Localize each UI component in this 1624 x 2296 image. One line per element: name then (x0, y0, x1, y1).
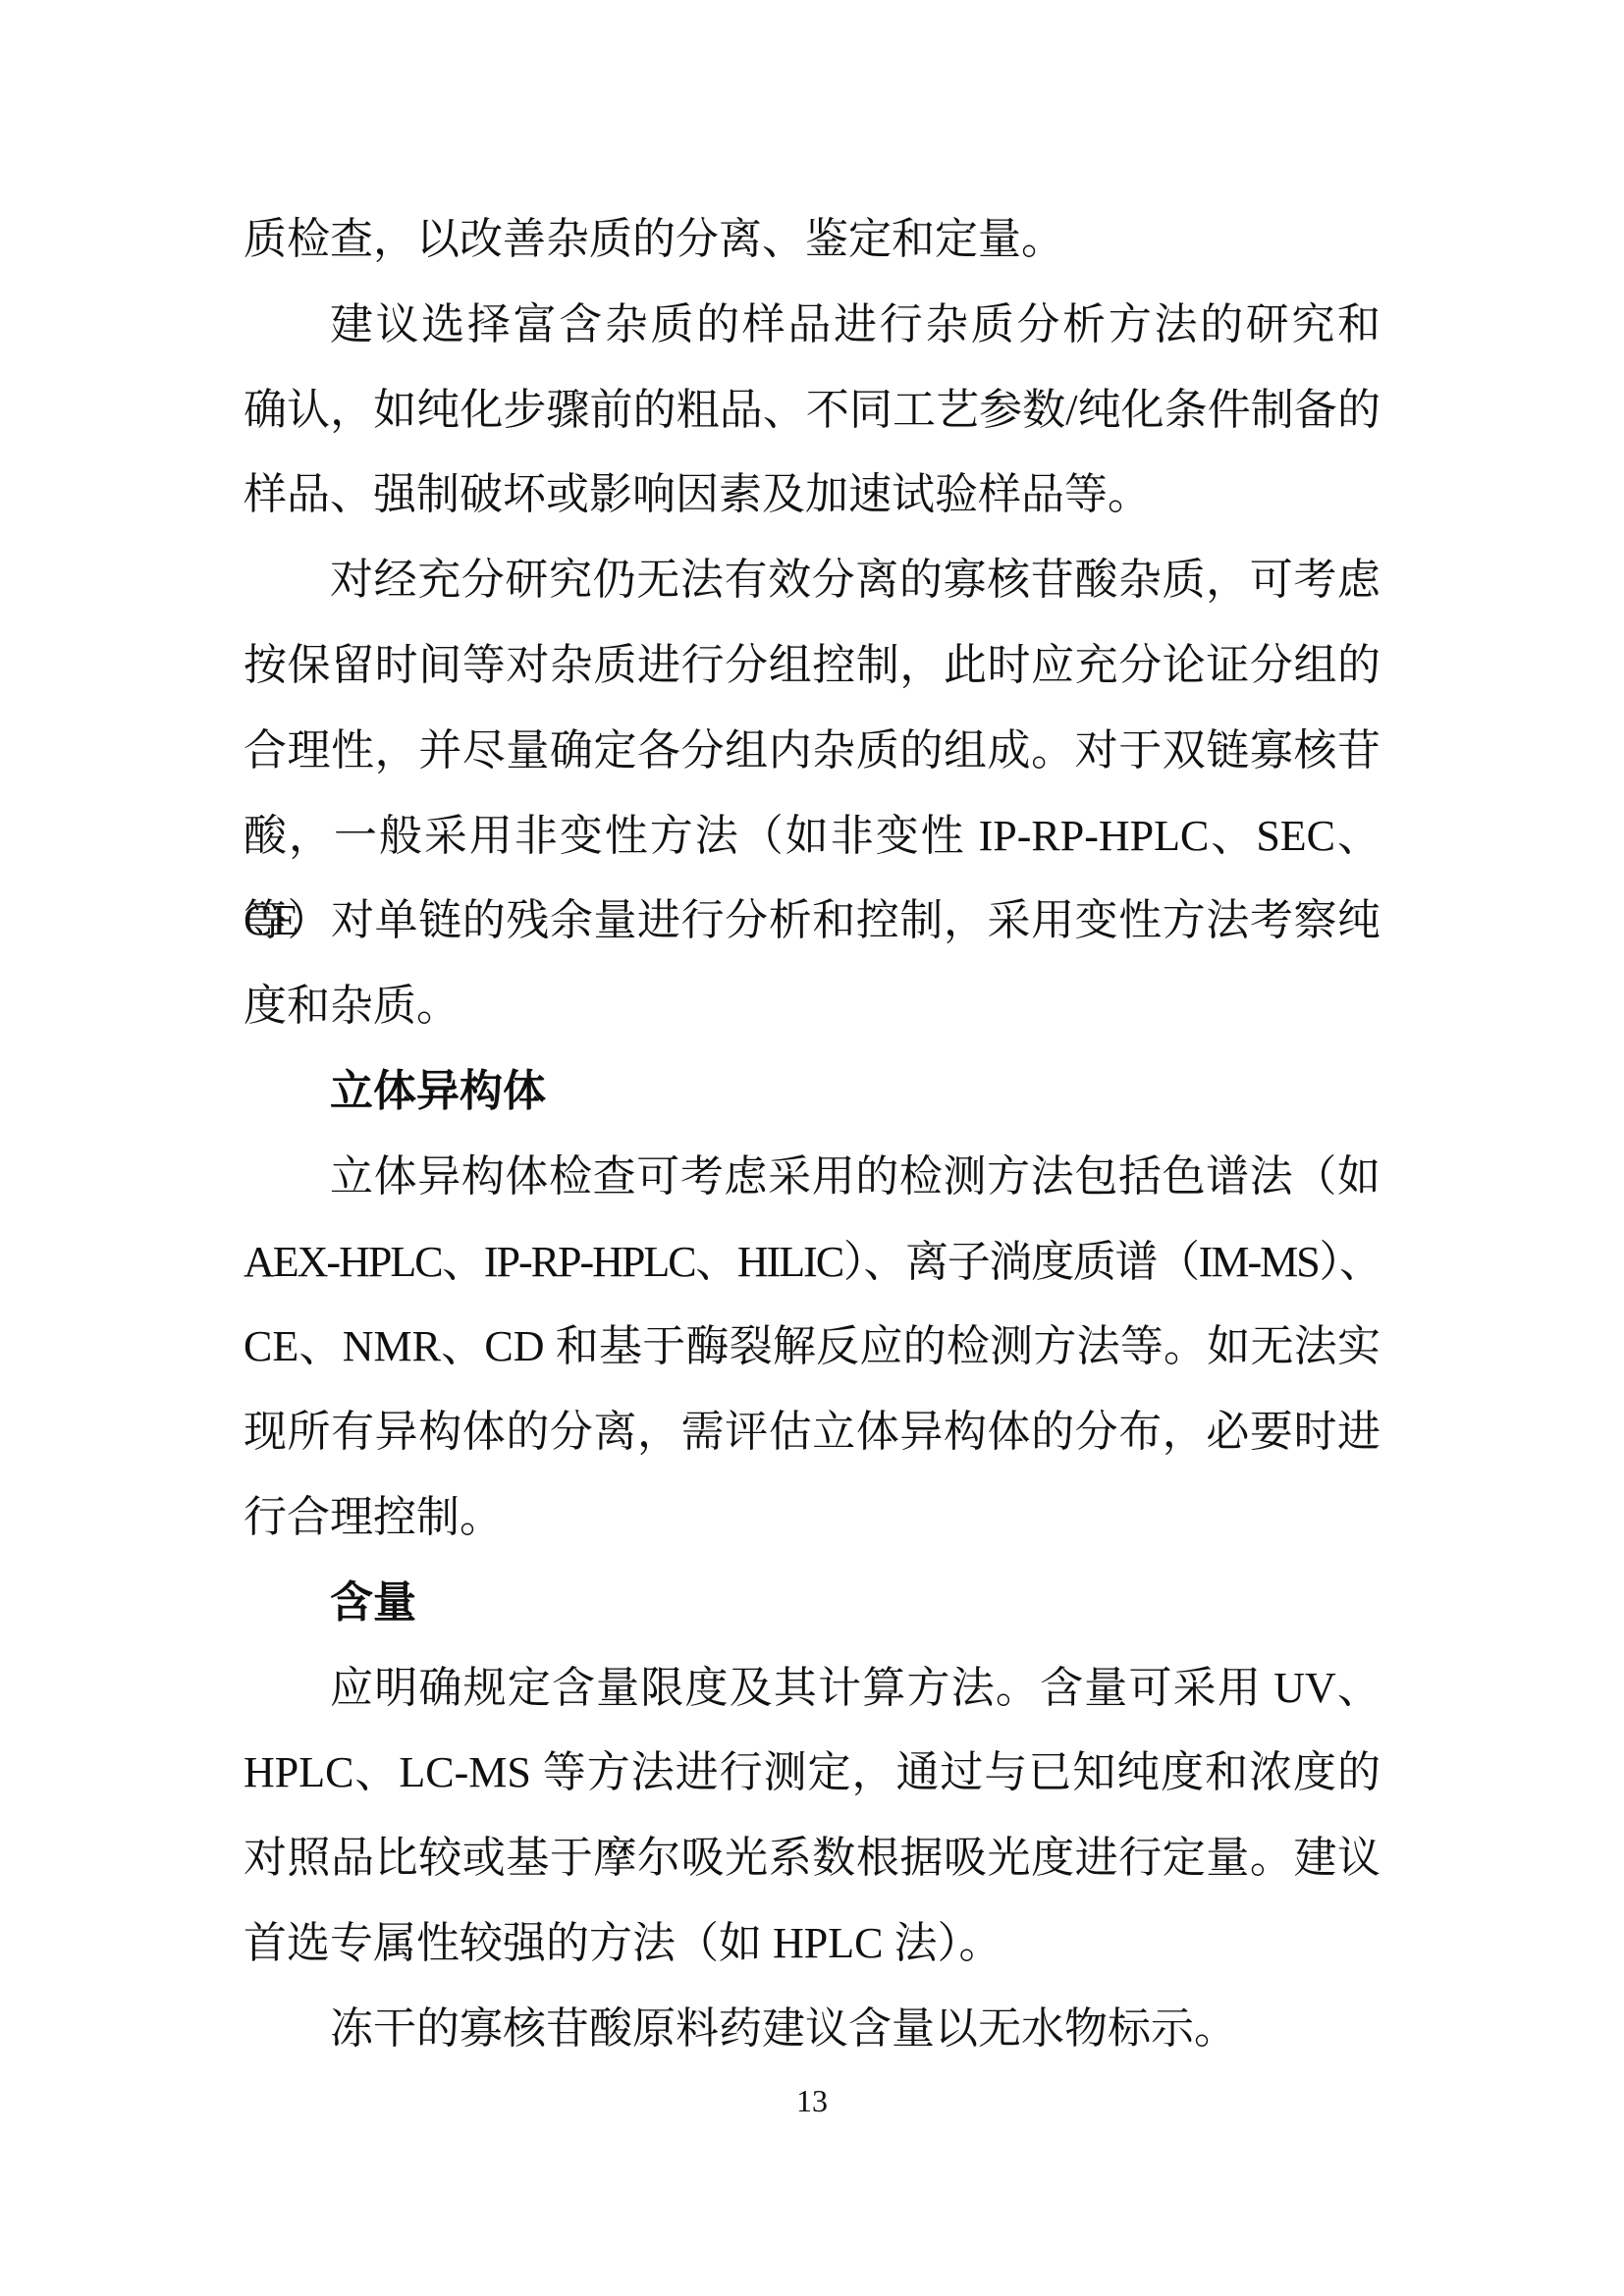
page-number: 13 (0, 2079, 1624, 2122)
text-line: 应明确规定含量限度及其计算方法。含量可采用 UV、 (244, 1646, 1380, 1732)
text-line: 质检查，以改善杂质的分离、鉴定和定量。 (244, 197, 1380, 283)
section-heading-assay: 含量 (244, 1561, 1380, 1646)
section-heading-stereoisomer: 立体异构体 (244, 1049, 1380, 1135)
document-page: 质检查，以改善杂质的分离、鉴定和定量。 建议选择富含杂质的样品进行杂质分析方法的… (0, 0, 1624, 2296)
text-line: 行合理控制。 (244, 1475, 1380, 1561)
text-line: HPLC、LC-MS 等方法进行测定，通过与已知纯度和浓度的 (244, 1731, 1380, 1816)
text-line: 现所有异构体的分离，需评估立体异构体的分布，必要时进 (244, 1390, 1380, 1475)
text-line: AEX-HPLC、IP-RP-HPLC、HILIC）、离子淌度质谱（IM-MS）… (244, 1220, 1380, 1306)
text-line: 合理性，并尽量确定各分组内杂质的组成。对于双链寡核苷 (244, 709, 1380, 794)
text-line: 对经充分研究仍无法有效分离的寡核苷酸杂质，可考虑 (244, 538, 1380, 623)
text-line: 立体异构体检查可考虑采用的检测方法包括色谱法（如 (244, 1135, 1380, 1220)
text-line: 度和杂质。 (244, 964, 1380, 1049)
text-line: 按保留时间等对杂质进行分组控制，此时应充分论证分组的 (244, 623, 1380, 709)
text-line: 建议选择富含杂质的样品进行杂质分析方法的研究和 (244, 283, 1380, 368)
text-block: 质检查，以改善杂质的分离、鉴定和定量。 建议选择富含杂质的样品进行杂质分析方法的… (244, 197, 1380, 2072)
text-line: 冻干的寡核苷酸原料药建议含量以无水物标示。 (244, 1987, 1380, 2072)
text-line: 等）对单链的残余量进行分析和控制，采用变性方法考察纯 (244, 879, 1380, 964)
text-line: 首选专属性较强的方法（如 HPLC 法）。 (244, 1901, 1380, 1987)
text-line: 确认，如纯化步骤前的粗品、不同工艺参数/纯化条件制备的 (244, 368, 1380, 454)
text-line: 样品、强制破坏或影响因素及加速试验样品等。 (244, 453, 1380, 538)
text-line: CE、NMR、CD 和基于酶裂解反应的检测方法等。如无法实 (244, 1305, 1380, 1390)
text-line: 酸，一般采用非变性方法（如非变性 IP-RP-HPLC、SEC、CE (244, 794, 1380, 880)
text-line: 对照品比较或基于摩尔吸光系数根据吸光度进行定量。建议 (244, 1816, 1380, 1901)
